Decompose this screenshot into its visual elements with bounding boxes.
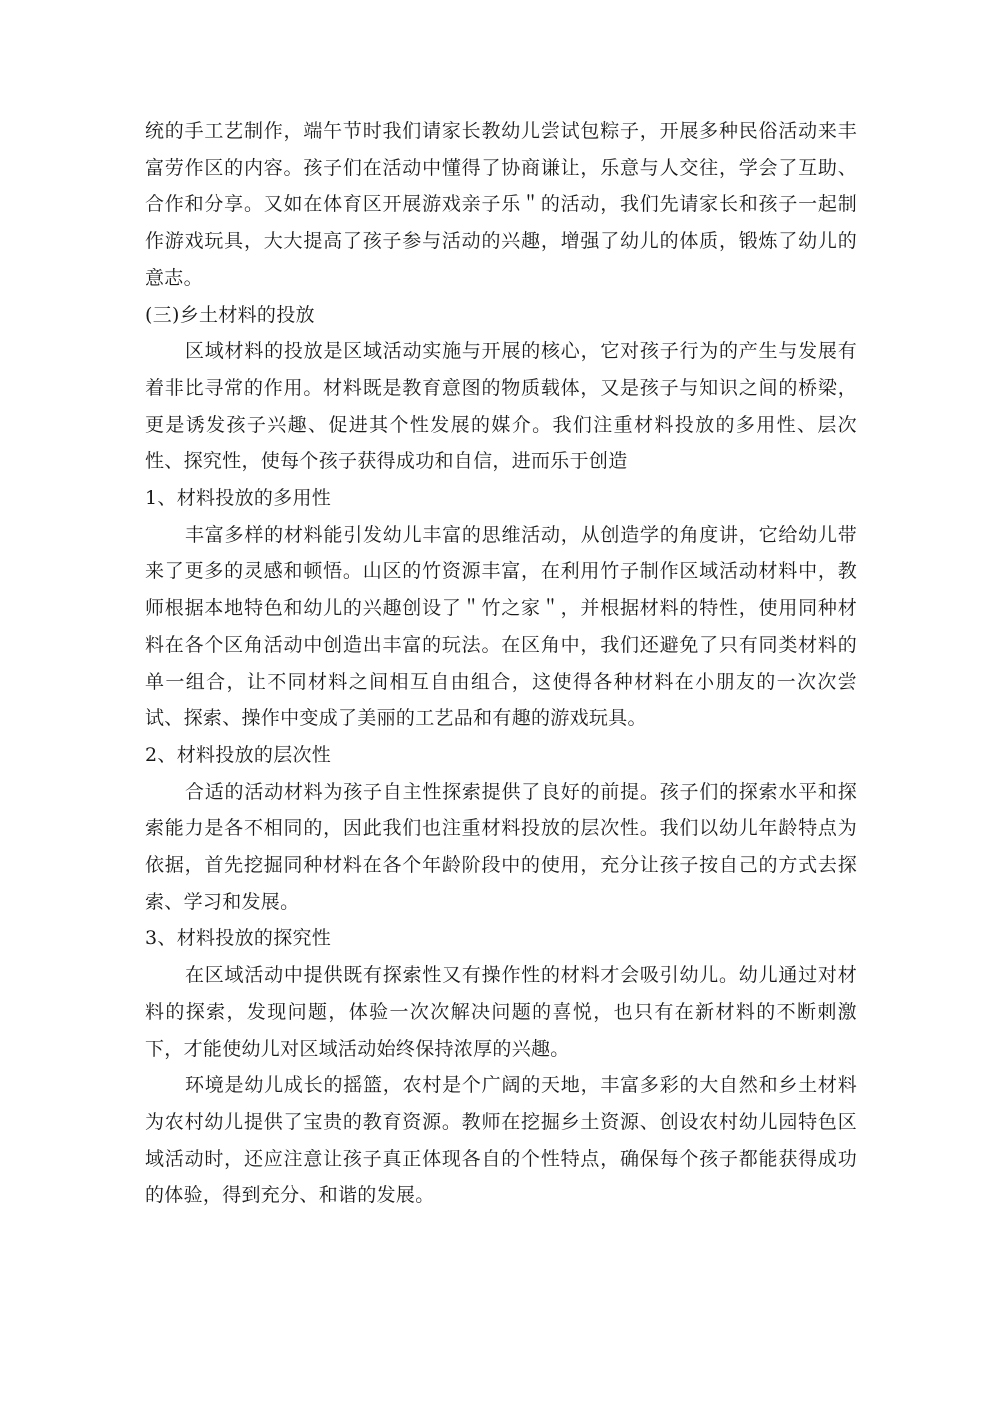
paragraph-continued: 统的手工艺制作，端午节时我们请家长教幼儿尝试包粽子，开展多种民俗活动来丰富劳作区… — [145, 113, 857, 297]
subheading-hierarchy: 2、材料投放的层次性 — [145, 737, 857, 774]
paragraph-material-core: 区域材料的投放是区域活动实施与开展的核心，它对孩子行为的产生与发展有着非比寻常的… — [145, 333, 857, 480]
document-page: 统的手工艺制作，端午节时我们请家长教幼儿尝试包粽子，开展多种民俗活动来丰富劳作区… — [145, 113, 857, 1214]
paragraph-hierarchy: 合适的活动材料为孩子自主性探索提供了良好的前提。孩子们的探索水平和探索能力是各不… — [145, 774, 857, 921]
paragraph-versatility: 丰富多样的材料能引发幼儿丰富的思维活动，从创造学的角度讲，它给幼儿带来了更多的灵… — [145, 517, 857, 737]
subheading-versatility: 1、材料投放的多用性 — [145, 480, 857, 517]
paragraph-exploration: 在区域活动中提供既有探索性又有操作性的材料才会吸引幼儿。幼儿通过对材料的探索，发… — [145, 957, 857, 1067]
section-heading-3: (三)乡土材料的投放 — [145, 297, 857, 334]
paragraph-conclusion: 环境是幼儿成长的摇篮，农村是个广阔的天地，丰富多彩的大自然和乡土材料为农村幼儿提… — [145, 1067, 857, 1214]
subheading-exploration: 3、材料投放的探究性 — [145, 920, 857, 957]
